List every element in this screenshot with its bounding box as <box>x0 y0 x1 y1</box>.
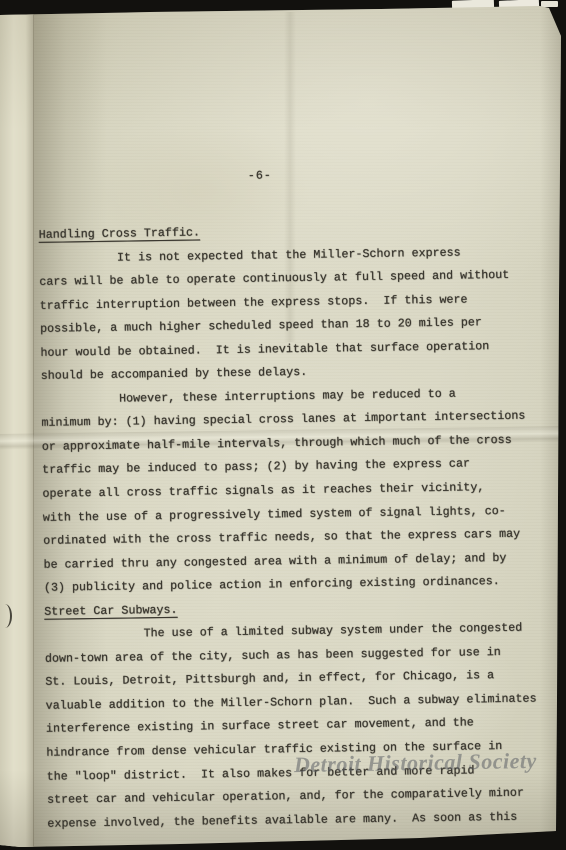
top-shading <box>0 0 566 130</box>
page-content: -6- Handling Cross Traffic.It is not exp… <box>38 216 559 836</box>
text-body: Handling Cross Traffic.It is not expecte… <box>38 216 559 836</box>
page-number: -6- <box>248 168 272 182</box>
page-curl-edge <box>0 0 34 850</box>
watermark: Detroit Historical Society <box>294 748 537 778</box>
photo-background: -6- Handling Cross Traffic.It is not exp… <box>0 0 566 850</box>
document-page: -6- Handling Cross Traffic.It is not exp… <box>0 0 566 850</box>
paper-edge-tab <box>541 1 558 7</box>
pen-mark <box>2 604 12 628</box>
